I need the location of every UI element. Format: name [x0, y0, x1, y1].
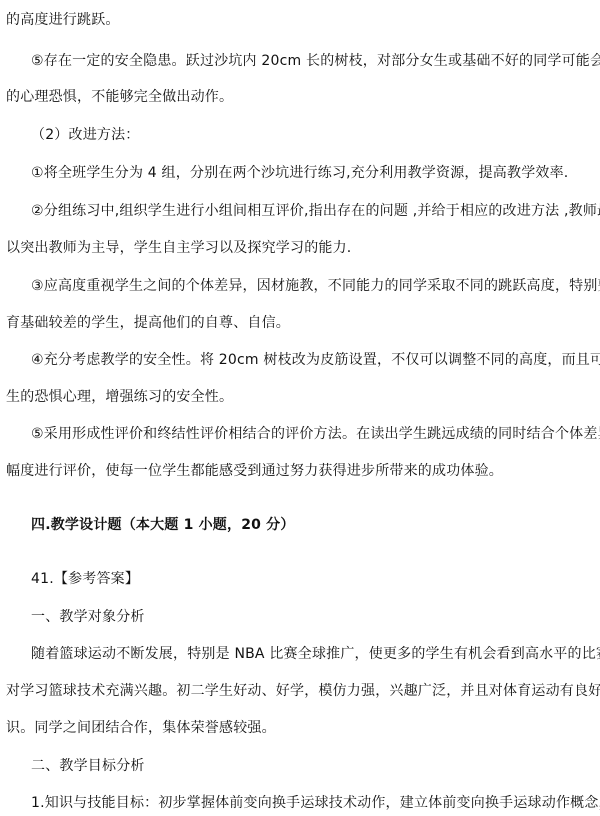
paragraph-line: ②分组练习中,组织学生进行小组间相互评价,指出存在的问题 ,并给于相应的改进方法… — [31, 202, 594, 220]
paragraph-line: 以突出教师为主导，学生自主学习以及探究学习的能力. — [6, 239, 594, 257]
subsection-heading: 二、教学目标分析 — [31, 757, 594, 775]
subsection-heading: （2）改进方法： — [31, 126, 594, 144]
paragraph-line: ③应高度重视学生之间的个体差异，因材施教，不同能力的同学采取不同的跳跃高度，特别… — [31, 277, 594, 295]
paragraph-line: 的心理恐惧，不能够完全做出动作。 — [6, 88, 594, 106]
paragraph-line: ①将全班学生分为 4 组，分别在两个沙坑进行练习,充分利用教学资源，提高教学效率… — [31, 164, 594, 182]
paragraph-line: 识。同学之间团结合作，集体荣誉感较强。 — [6, 719, 594, 737]
subsection-heading: 一、教学对象分析 — [31, 608, 594, 626]
paragraph-line: 随着篮球运动不断发展，特别是 NBA 比赛全球推广，使更多的学生有机会看到高水平… — [31, 645, 594, 663]
answer-label: 41.【参考答案】 — [31, 570, 594, 588]
section-heading: 四.教学设计题（本大题 1 小题，20 分） — [31, 516, 594, 534]
paragraph-line: 育基础较差的学生，提高他们的自尊、自信。 — [6, 314, 594, 332]
paragraph-line: ④充分考虑教学的安全性。将 20cm 树枝改为皮筋设置，不仅可以调整不同的高度，… — [31, 351, 594, 369]
paragraph-line: 的高度进行跳跃。 — [6, 11, 594, 29]
paragraph-line: 生的恐惧心理，增强练习的安全性。 — [6, 388, 594, 406]
paragraph-line: 1.知识与技能目标：初步掌握体前变向换手运球技术动作，建立体前变向换手运球动作概… — [31, 794, 594, 812]
paragraph-line: ⑤存在一定的安全隐患。跃过沙坑内 20cm 长的树枝，对部分女生或基础不好的同学… — [31, 52, 594, 70]
paragraph-line: 对学习篮球技术充满兴趣。初二学生好动、好学，模仿力强，兴趣广泛，并且对体育运动有… — [6, 682, 594, 700]
paragraph-line: ⑤采用形成性评价和终结性评价相结合的评价方法。在读出学生跳远成绩的同时结合个体差… — [31, 425, 594, 443]
paragraph-line: 幅度进行评价，使每一位学生都能感受到通过努力获得进步所带来的成功体验。 — [6, 462, 594, 480]
